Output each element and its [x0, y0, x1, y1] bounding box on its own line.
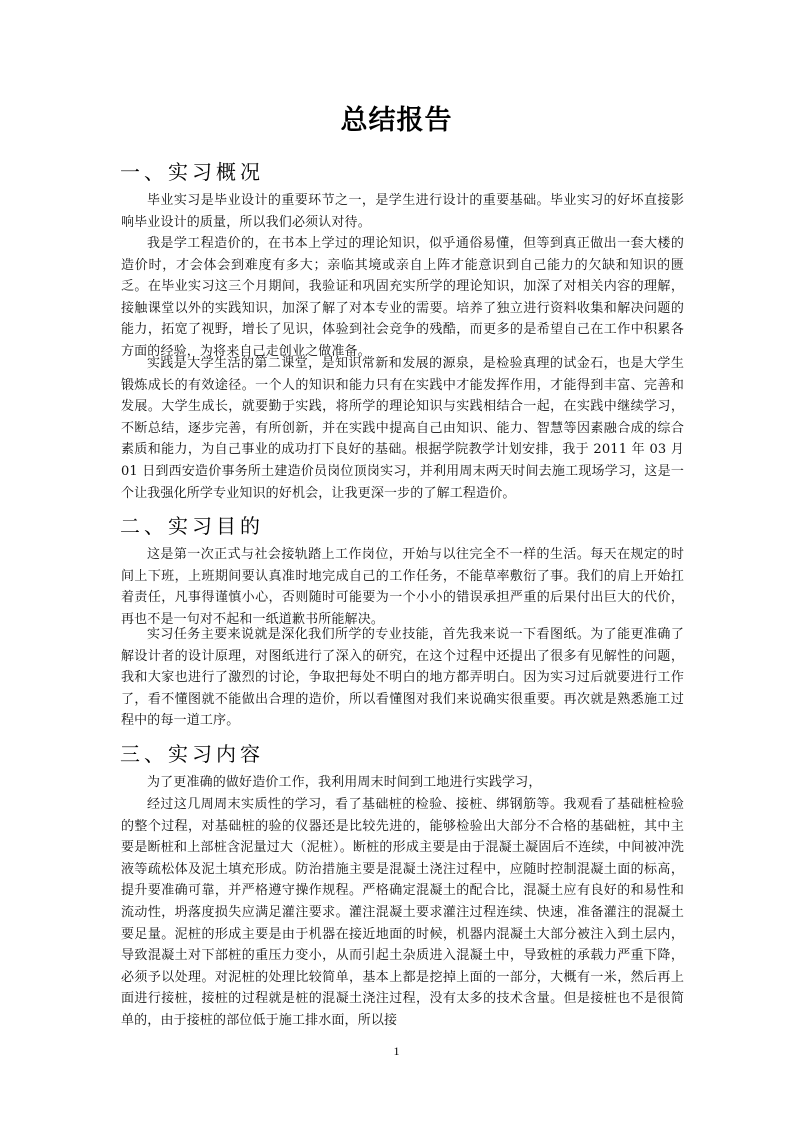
- paragraph: 为了更准确的做好造价工作，我利用周末时间到工地进行实践学习，: [121, 772, 684, 794]
- page-number: 1: [0, 1044, 793, 1059]
- paragraph: 毕业实习是毕业设计的重要环节之一，是学生进行设计的重要基础。毕业实习的好坏直接影…: [121, 190, 684, 233]
- paragraph: 实践是大学生活的第二课堂，是知识常新和发展的源泉，是检验真理的试金石，也是大学生…: [121, 353, 684, 504]
- document-page: 总结报告 一、实习概况 毕业实习是毕业设计的重要环节之一，是学生进行设计的重要基…: [0, 0, 793, 1122]
- document-title: 总结报告: [0, 98, 793, 137]
- paragraph: 我是学工程造价的，在书本上学过的理论知识，似乎通俗易懂，但等到真正做出一套大楼的…: [121, 233, 684, 363]
- section-heading-purpose: 二、实习目的: [120, 510, 264, 539]
- section-heading-overview: 一、实习概况: [120, 156, 264, 185]
- paragraph: 经过这几周周末实质性的学习，看了基础桩的检验、接桩、绑钢筋等。我观看了基础桩检验…: [121, 794, 684, 1032]
- paragraph: 这是第一次正式与社会接轨踏上工作岗位，开始与以往完全不一样的生活。每天在规定的时…: [121, 544, 684, 630]
- paragraph: 实习任务主要来说就是深化我们所学的专业技能，首先我来说一下看图纸。为了能更准确了…: [121, 624, 684, 732]
- section-heading-content: 三、实习内容: [120, 738, 264, 767]
